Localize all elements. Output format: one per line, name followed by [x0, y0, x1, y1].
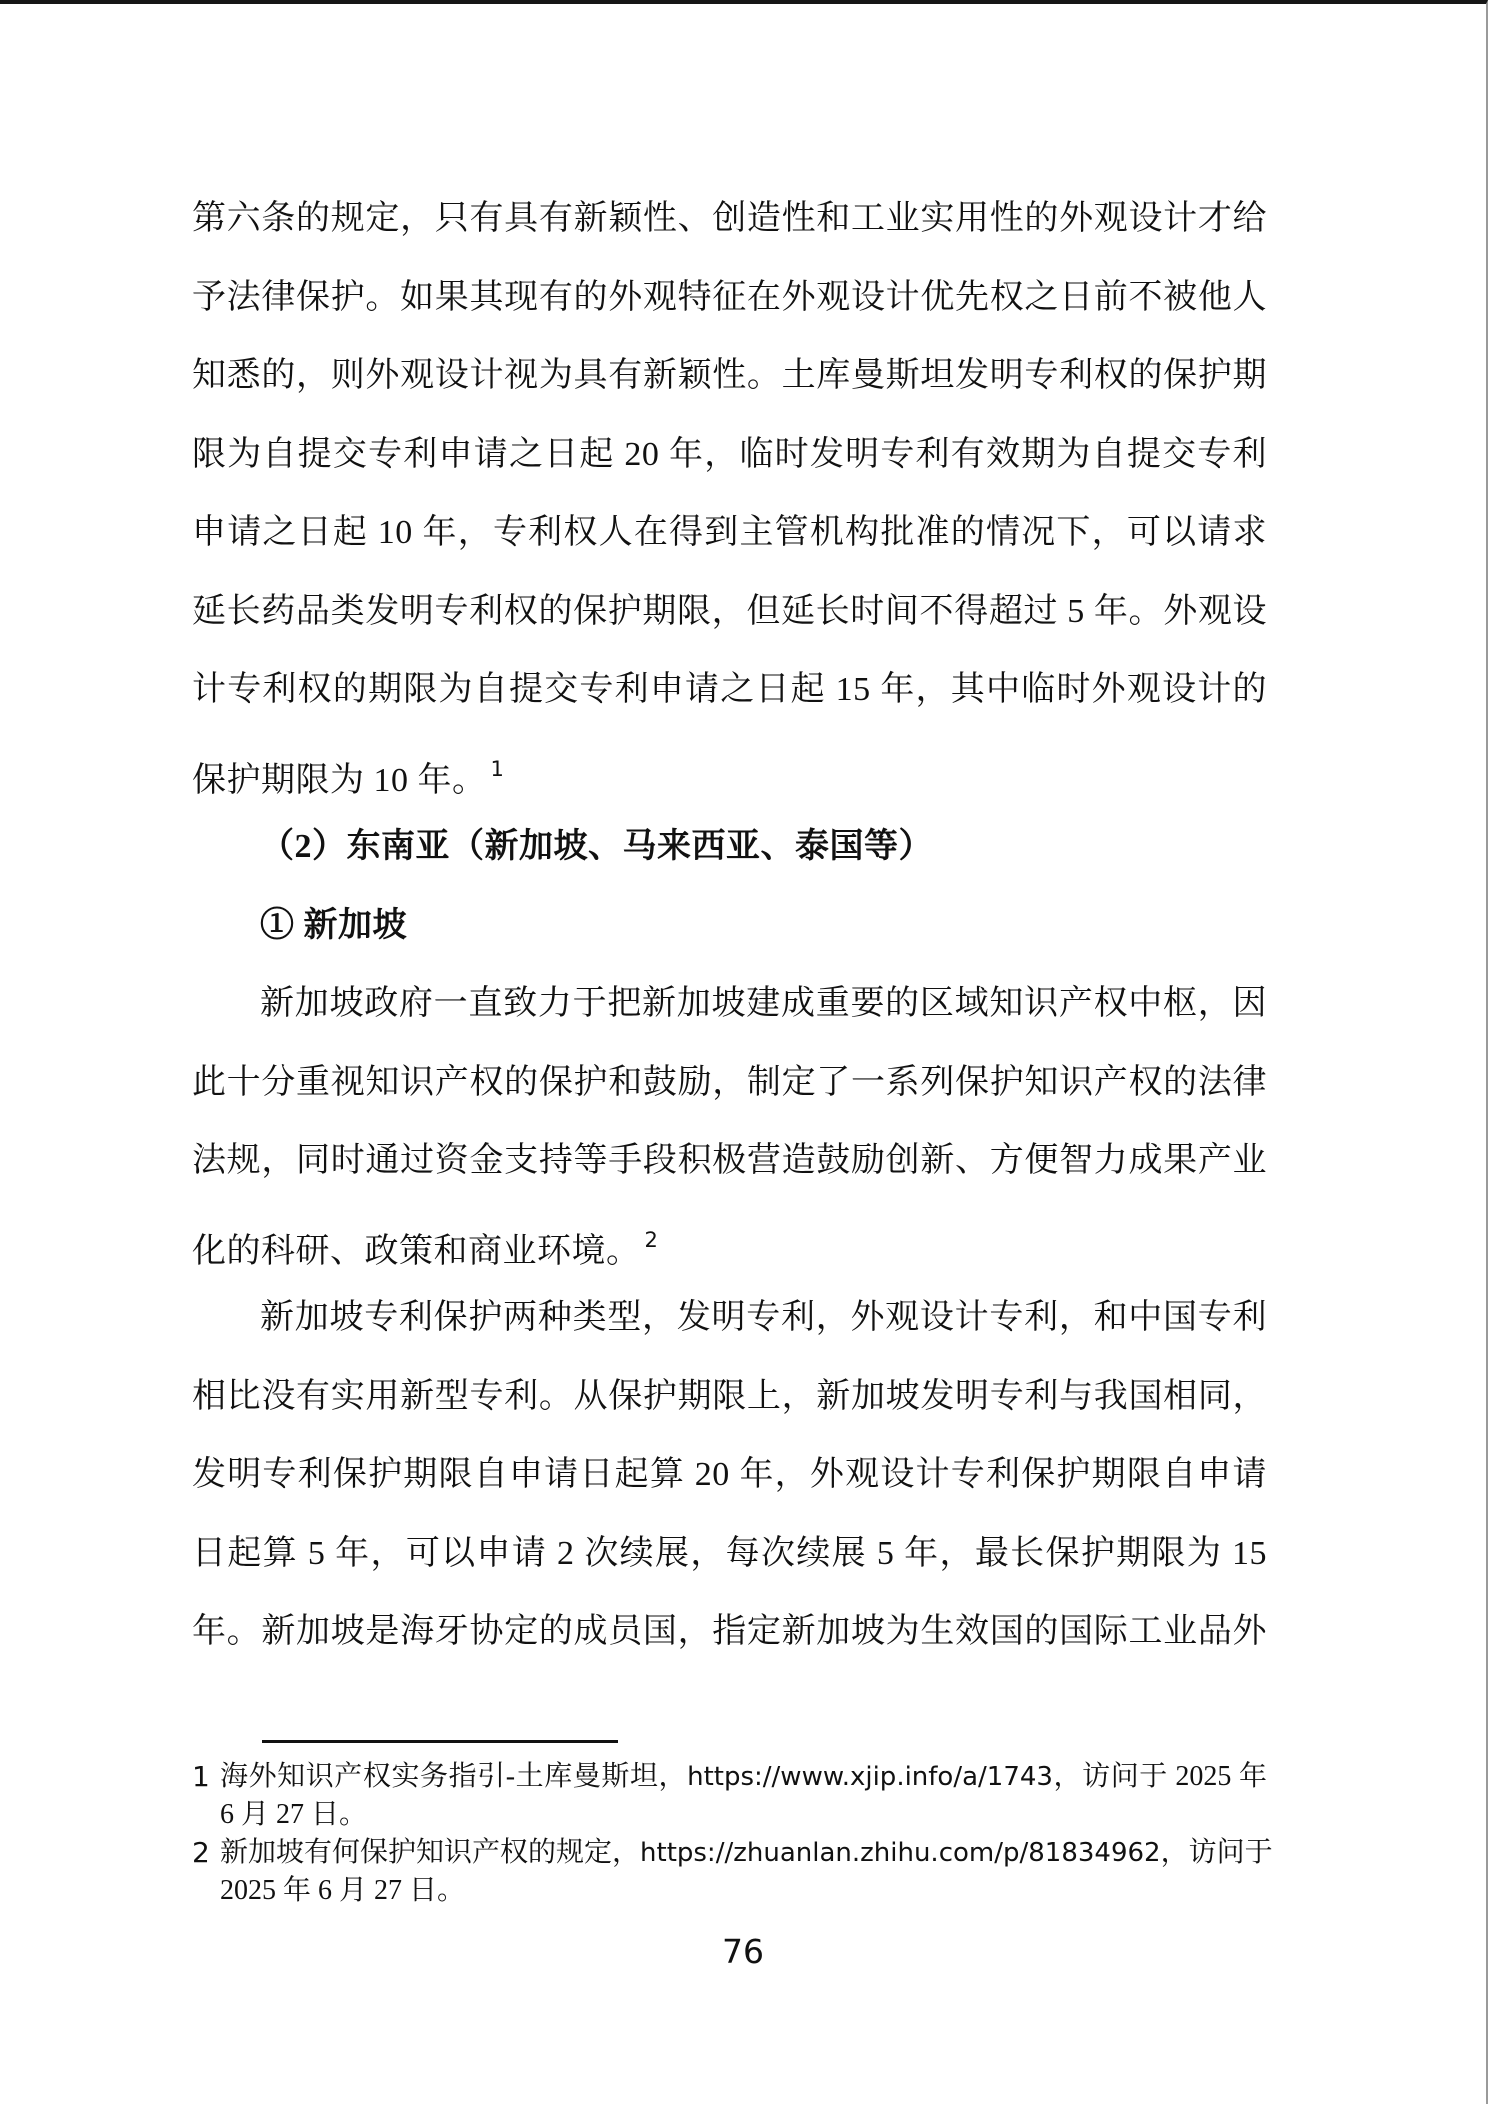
footnote-link[interactable]: https://www.xjip.info/a/1743 — [687, 1762, 1053, 1792]
footnotes-block: 1 海外知识产权实务指引-土库曼斯坦，https://www.xjip.info… — [192, 1758, 1267, 1910]
body-text-line: 限为自提交专利申请之日起 20 年，临时发明专利有效期为自提交专利 — [192, 416, 1267, 495]
body-text-line: 发明专利保护期限自申请日起算 20 年，外观设计专利保护期限自申请 — [192, 1436, 1267, 1515]
footnote-marker-2: 2 — [645, 1228, 659, 1252]
footnote-number: 1 — [192, 1758, 220, 1834]
section-heading: （2）东南亚（新加坡、马来西亚、泰国等） — [192, 808, 1267, 887]
body-text-line: 日起算 5 年，可以申请 2 次续展，每次续展 5 年，最长保护期限为 15 — [192, 1515, 1267, 1594]
body-text-line: 法规，同时通过资金支持等手段积极营造鼓励创新、方便智力成果产业 — [192, 1122, 1267, 1201]
body-text-line: 延长药品类发明专利权的保护期限，但延长时间不得超过 5 年。外观设 — [192, 573, 1267, 652]
body-text-line: 第六条的规定，只有具有新颖性、创造性和工业实用性的外观设计才给 — [192, 180, 1267, 259]
footnote-text-line: 6 月 27 日。 — [220, 1796, 1267, 1834]
footnote-1: 1 海外知识产权实务指引-土库曼斯坦，https://www.xjip.info… — [192, 1758, 1267, 1834]
body-text-line: 此十分重视知识产权的保护和鼓励，制定了一系列保护知识产权的法律 — [192, 1044, 1267, 1123]
footnote-text-line: 海外知识产权实务指引-土库曼斯坦，https://www.xjip.info/a… — [220, 1758, 1267, 1796]
body-text-line: 申请之日起 10 年，专利权人在得到主管机构批准的情况下，可以请求 — [192, 494, 1267, 573]
footnote-number: 2 — [192, 1834, 220, 1910]
body-text-line: 计专利权的期限为自提交专利申请之日起 15 年，其中临时外观设计的 — [192, 651, 1267, 730]
body-text-line: 化的科研、政策和商业环境。2 — [192, 1201, 1267, 1280]
footnote-text-line: 新加坡有何保护知识产权的规定，https://zhuanlan.zhihu.co… — [220, 1834, 1273, 1872]
body-text-line: 新加坡专利保护两种类型，发明专利，外观设计专利，和中国专利 — [192, 1279, 1267, 1358]
body-text-line: 知悉的，则外观设计视为具有新颖性。土库曼斯坦发明专利权的保护期 — [192, 337, 1267, 416]
body-text-line: 新加坡政府一直致力于把新加坡建成重要的区域知识产权中枢，因 — [192, 965, 1267, 1044]
page-number: 76 — [0, 1932, 1486, 1971]
body-text-line: 年。新加坡是海牙协定的成员国，指定新加坡为生效国的国际工业品外 — [192, 1593, 1267, 1672]
body-text-block: 第六条的规定，只有具有新颖性、创造性和工业实用性的外观设计才给 予法律保护。如果… — [192, 180, 1267, 1672]
subsection-heading: ① 新加坡 — [192, 887, 1267, 966]
body-text-line: 保护期限为 10 年。1 — [192, 730, 1267, 809]
body-text-line: 予法律保护。如果其现有的外观特征在外观设计优先权之日前不被他人 — [192, 259, 1267, 338]
footnote-link[interactable]: https://zhuanlan.zhihu.com/p/81834962 — [640, 1838, 1161, 1868]
footnote-separator — [262, 1740, 618, 1743]
footnote-text-line: 2025 年 6 月 27 日。 — [220, 1872, 1273, 1910]
document-page: 第六条的规定，只有具有新颖性、创造性和工业实用性的外观设计才给 予法律保护。如果… — [0, 0, 1488, 2104]
footnote-marker-1: 1 — [491, 757, 505, 781]
body-text-line: 相比没有实用新型专利。从保护期限上，新加坡发明专利与我国相同， — [192, 1358, 1267, 1437]
footnote-2: 2 新加坡有何保护知识产权的规定，https://zhuanlan.zhihu.… — [192, 1834, 1267, 1910]
